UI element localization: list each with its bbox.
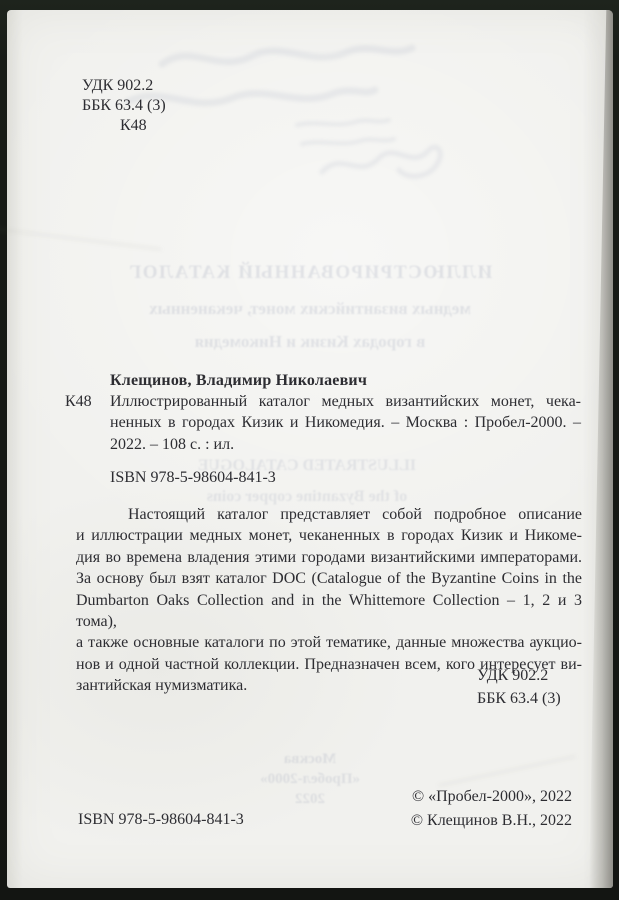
author-heading: Клещинов, Владимир Николаевич <box>110 370 367 391</box>
copyright-block: © «Пробел-2000», 2022 © Клещинов В.Н., 2… <box>411 785 572 833</box>
annotation-line: и иллюстрации медных монет, чеканенных в… <box>76 525 582 546</box>
annotation-line: За основу был взят каталог DOC (Catalogu… <box>76 568 582 589</box>
copyright-publisher: © «Пробел-2000», 2022 <box>411 785 572 809</box>
author-sign-label: К48 <box>65 391 92 412</box>
udk-code: УДК 902.2 <box>477 665 561 688</box>
bibliographic-description: Иллюстрированный каталог медных византий… <box>110 391 581 455</box>
showthrough-title-line: ИЛЛЮСТРИРОВАННЫЙ КАТАЛОГ <box>7 262 613 284</box>
copyright-page: ИЛЛЮСТРИРОВАННЫЙ КАТАЛОГ медных византий… <box>7 10 613 888</box>
annotation-line: Настоящий каталог представляет собой под… <box>76 504 582 525</box>
classification-top: УДК 902.2 ББК 63.4 (3) К48 <box>82 76 166 136</box>
classification-bottom: УДК 902.2 ББК 63.4 (3) <box>477 665 561 710</box>
isbn-footer: ISBN 978-5-98604-841-3 <box>78 809 244 830</box>
bbk-code: ББК 63.4 (3) <box>477 688 561 711</box>
annotation-line: Dumbarton Oaks Collection and in the Whi… <box>76 590 582 633</box>
page-edge-shadow <box>589 10 613 888</box>
paper-crease <box>0 228 161 251</box>
paper-crease <box>438 755 575 786</box>
description-line: ненных в городах Кизик и Никомедия. – Мо… <box>110 412 581 433</box>
showthrough-russian-title: ИЛЛЮСТРИРОВАННЫЙ КАТАЛОГ медных византий… <box>7 262 613 365</box>
annotation-line: дия во времена владения этими городами в… <box>76 547 582 568</box>
annotation-line: а также основные каталоги по этой темати… <box>76 632 582 653</box>
isbn-line: ISBN 978-5-98604-841-3 <box>110 467 276 488</box>
description-line: Иллюстрированный каталог медных византий… <box>110 391 581 412</box>
showthrough-title-line: в городах Кизик и Никомедия <box>7 332 613 352</box>
udk-code: УДК 902.2 <box>82 76 166 96</box>
bbk-code: ББК 63.4 (3) <box>82 96 166 116</box>
showthrough-imprint-line: Москва <box>7 749 613 769</box>
description-line: 2022. – 108 с. : ил. <box>110 434 581 455</box>
copyright-author: © Клещинов В.Н., 2022 <box>411 809 572 833</box>
showthrough-title-line: медных византийских монет, чеканенных <box>7 299 613 319</box>
scanner-background: ИЛЛЮСТРИРОВАННЫЙ КАТАЛОГ медных византий… <box>0 0 619 900</box>
author-sign: К48 <box>82 116 166 136</box>
